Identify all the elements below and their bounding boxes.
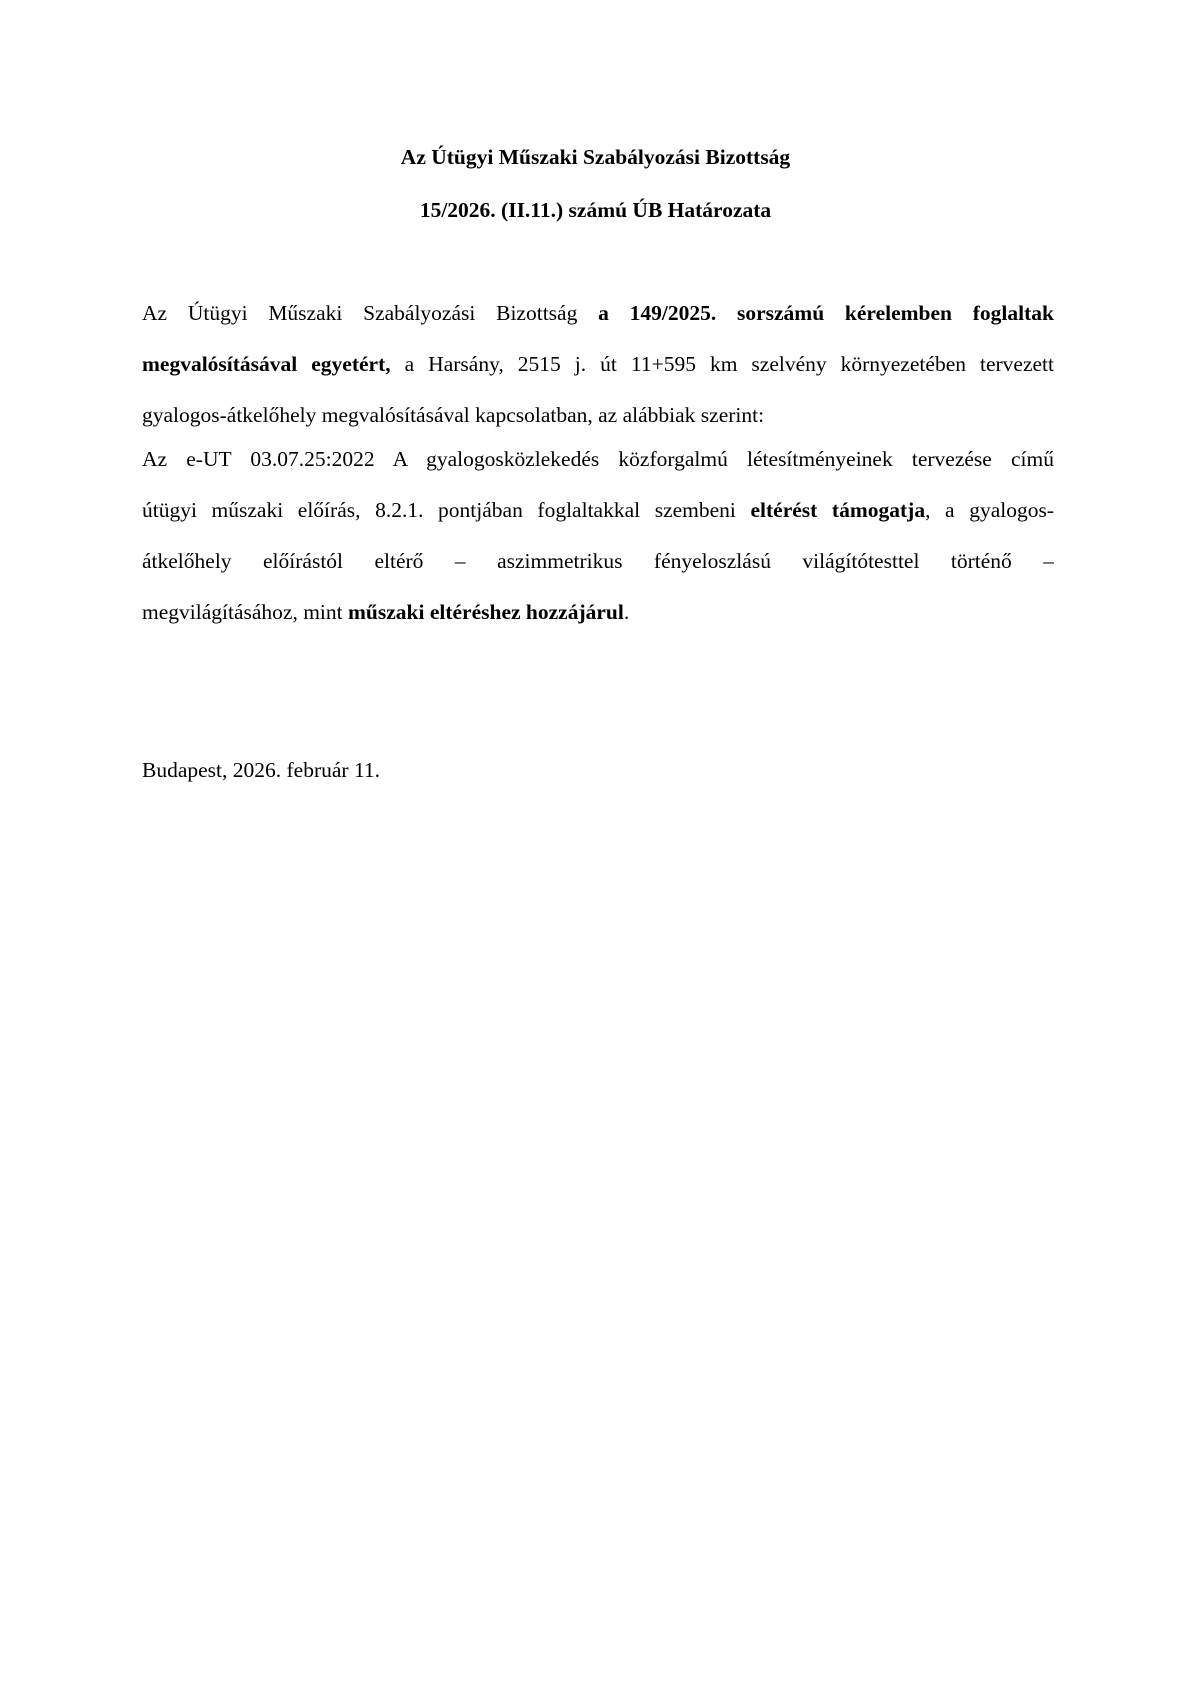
- paragraph-line: útügyi műszaki előírás, 8.2.1. pontjában…: [142, 497, 1054, 523]
- text-run: megvilágításához, mint: [142, 600, 348, 624]
- text-run: gyalogos-átkelőhely megvalósításával kap…: [142, 403, 764, 427]
- paragraph-line: gyalogos-átkelőhely megvalósításával kap…: [142, 402, 1054, 428]
- text-run: , a gyalogos-: [925, 498, 1054, 522]
- text-run: útügyi műszaki előírás, 8.2.1. pontjában…: [142, 498, 751, 522]
- place-and-date: Budapest, 2026. február 11.: [142, 757, 380, 783]
- text-run: átkelőhely előírástól eltérő – aszimmetr…: [142, 549, 1054, 573]
- text-run-bold: eltérést támogatja: [751, 498, 926, 522]
- paragraph-line: megvalósításával egyetért, a Harsány, 25…: [142, 351, 1054, 377]
- text-run-bold: műszaki eltéréshez hozzájárul: [348, 600, 624, 624]
- text-run: a Harsány, 2515 j. út 11+595 km szelvény…: [391, 352, 1054, 376]
- text-run: Az e-UT 03.07.25:2022 A gyalogosközleked…: [142, 447, 1054, 471]
- paragraph-line: megvilágításához, mint műszaki eltéréshe…: [142, 599, 1054, 625]
- text-run: .: [624, 600, 629, 624]
- document-page: Az Útügyi Műszaki Szabályozási Bizottság…: [0, 0, 1191, 1684]
- text-run-bold: a 149/2025. sorszámú kérelemben foglalta…: [598, 301, 1054, 325]
- paragraph-line: Az e-UT 03.07.25:2022 A gyalogosközleked…: [142, 446, 1054, 472]
- text-run-bold: megvalósításával egyetért,: [142, 352, 391, 376]
- paragraph-line: átkelőhely előírástól eltérő – aszimmetr…: [142, 548, 1054, 574]
- text-run: Az Útügyi Műszaki Szabályozási Bizottság: [142, 301, 598, 325]
- document-title-resolution-number: 15/2026. (II.11.) számú ÚB Határozata: [0, 197, 1191, 223]
- paragraph-line: Az Útügyi Műszaki Szabályozási Bizottság…: [142, 300, 1054, 326]
- document-title-committee: Az Útügyi Műszaki Szabályozási Bizottság: [0, 144, 1191, 170]
